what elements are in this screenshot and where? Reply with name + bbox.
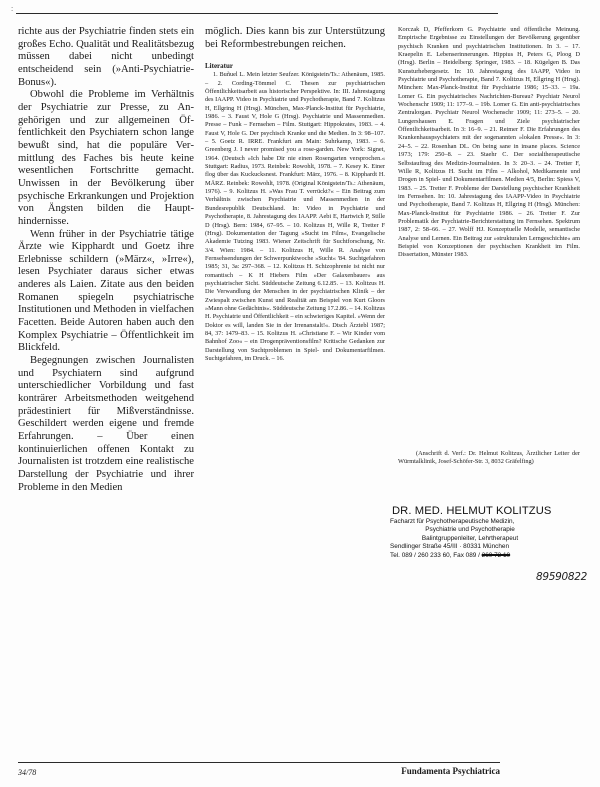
paragraph-2: Obwohl die Probleme im Verhält­nis der P… bbox=[18, 89, 194, 228]
stamp-name: DR. MED. HELMUT KOLITZUS bbox=[390, 505, 590, 518]
header-rule bbox=[16, 13, 498, 14]
journal-name: Fundamenta Psychiatrica bbox=[401, 766, 500, 776]
page-number: 34/78 bbox=[18, 768, 36, 777]
references-list-part-2: Korczak D, Pfefferkorn G. Psychiatrie un… bbox=[398, 26, 580, 260]
paragraph-3: Wenn früher in der Psychiatrie täti­ge Ä… bbox=[18, 229, 194, 356]
literature-heading: Literatur bbox=[205, 62, 385, 70]
stamp-address: Sendlinger Straße 45/III · 80331 München bbox=[390, 543, 590, 551]
margin-mark: : bbox=[11, 4, 13, 13]
footer-rule bbox=[18, 762, 500, 763]
stamp-phone-prefix: Tel. 089 / 260 233 60, Fax 089 / bbox=[390, 552, 482, 559]
stamp-specialty: Facharzt für Psychotherapeutische Medizi… bbox=[390, 518, 590, 526]
stamp-role: Balintgruppenleiter, Lehrtherapeut bbox=[390, 535, 550, 543]
body-column-3: Korczak D, Pfefferkorn G. Psychiatrie un… bbox=[398, 26, 580, 260]
body-column-2: möglich. Dies kann bis zur Unterstüt­zun… bbox=[205, 26, 385, 363]
stamp-specialty-2: Psychiatrie und Psychotherapie bbox=[390, 526, 550, 534]
body-column-1: richte aus der Psychiatrie finden stets … bbox=[18, 26, 194, 494]
stamp-fax-struck: 260 72 10 bbox=[482, 552, 510, 559]
paragraph-1: richte aus der Psychiatrie finden stets … bbox=[18, 26, 194, 89]
paragraph-continuation: möglich. Dies kann bis zur Unterstüt­zun… bbox=[205, 26, 385, 51]
author-stamp: DR. MED. HELMUT KOLITZUS Facharzt für Ps… bbox=[390, 505, 590, 560]
stamp-phone: Tel. 089 / 260 233 60, Fax 089 / 260 72 … bbox=[390, 552, 590, 560]
handwritten-fax: 89590822 bbox=[536, 571, 587, 583]
paragraph-4: Begegnungen zwischen Journali­sten und P… bbox=[18, 355, 194, 494]
author-address: (Anschrift d. Verf.: Dr. Helmut Kolitzus… bbox=[398, 450, 580, 467]
references-list-part-1: 1. Buñuel L. Mein letzter Seufzer. König… bbox=[205, 71, 385, 363]
